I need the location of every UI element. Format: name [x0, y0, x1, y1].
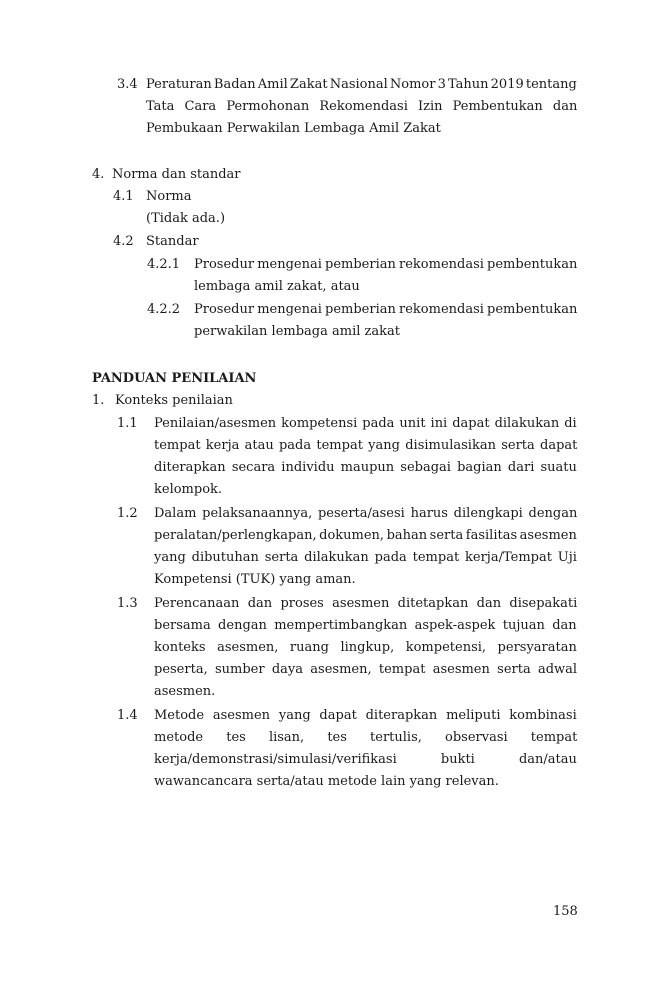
text-line: Pembukaan Perwakilan Lembaga Amil Zakat — [146, 118, 441, 140]
section-number: 4. — [92, 164, 104, 186]
text-line: wawancancara serta/atau metode lain yang… — [154, 771, 499, 793]
text-line: Kompetensi (TUK) yang aman. — [154, 569, 356, 591]
text-line: bersama dengan mempertimbangkan aspek-as… — [154, 615, 577, 637]
item-number: 4.1 — [113, 186, 134, 208]
item-number: 1.3 — [117, 593, 138, 615]
text-line: asesmen. — [154, 681, 215, 703]
text-line: kerja/demonstrasi/simulasi/verifikasi bu… — [154, 749, 577, 771]
text-line: Prosedur mengenai pemberian rekomendasi … — [194, 254, 577, 276]
item-number: 1.2 — [117, 503, 138, 525]
subsection-note: (Tidak ada.) — [146, 208, 225, 230]
text-line: kelompok. — [154, 479, 222, 501]
text-line: tempat kerja atau pada tempat yang disim… — [154, 435, 577, 457]
section-heading: PANDUAN PENILAIAN — [92, 368, 256, 390]
subsection-title: Standar — [146, 231, 199, 253]
item-number: 4.2.2 — [147, 299, 180, 321]
text-line: Tata Cara Permohonan Rekomendasi Izin Pe… — [146, 96, 577, 118]
text-line: metode tes lisan, tes tertulis, observas… — [154, 727, 577, 749]
text-line: diterapkan secara individu maupun sebaga… — [154, 457, 577, 479]
item-number: 1.1 — [117, 413, 138, 435]
text-line: Dalam pelaksanaannya, peserta/asesi haru… — [154, 503, 577, 525]
text-line: peralatan/perlengkapan, dokumen, bahan s… — [154, 525, 577, 547]
text-line: Prosedur mengenai pemberian rekomendasi … — [194, 299, 577, 321]
item-number: 4.2 — [113, 231, 134, 253]
item-number: 4.2.1 — [147, 254, 180, 276]
section-title: Konteks penilaian — [115, 390, 233, 412]
text-line: Peraturan Badan Amil Zakat Nasional Nomo… — [146, 74, 577, 96]
text-line: yang dibutuhan serta dilakukan pada temp… — [154, 547, 577, 569]
text-line: peserta, sumber daya asesmen, tempat ase… — [154, 659, 577, 681]
section-number: 1. — [92, 390, 104, 412]
item-number: 1.4 — [117, 705, 138, 727]
text-line: konteks asesmen, ruang lingkup, kompeten… — [154, 637, 577, 659]
text-line: perwakilan lembaga amil zakat — [194, 321, 400, 343]
text-line: Metode asesmen yang dapat diterapkan mel… — [154, 705, 577, 727]
item-number: 3.4 — [117, 74, 138, 96]
text-line: lembaga amil zakat, atau — [194, 276, 360, 298]
text-line: Penilaian/asesmen kompetensi pada unit i… — [154, 413, 577, 435]
page-number: 158 — [553, 901, 578, 923]
subsection-title: Norma — [146, 186, 192, 208]
section-title: Norma dan standar — [112, 164, 241, 186]
text-line: Perencanaan dan proses asesmen ditetapka… — [154, 593, 577, 615]
